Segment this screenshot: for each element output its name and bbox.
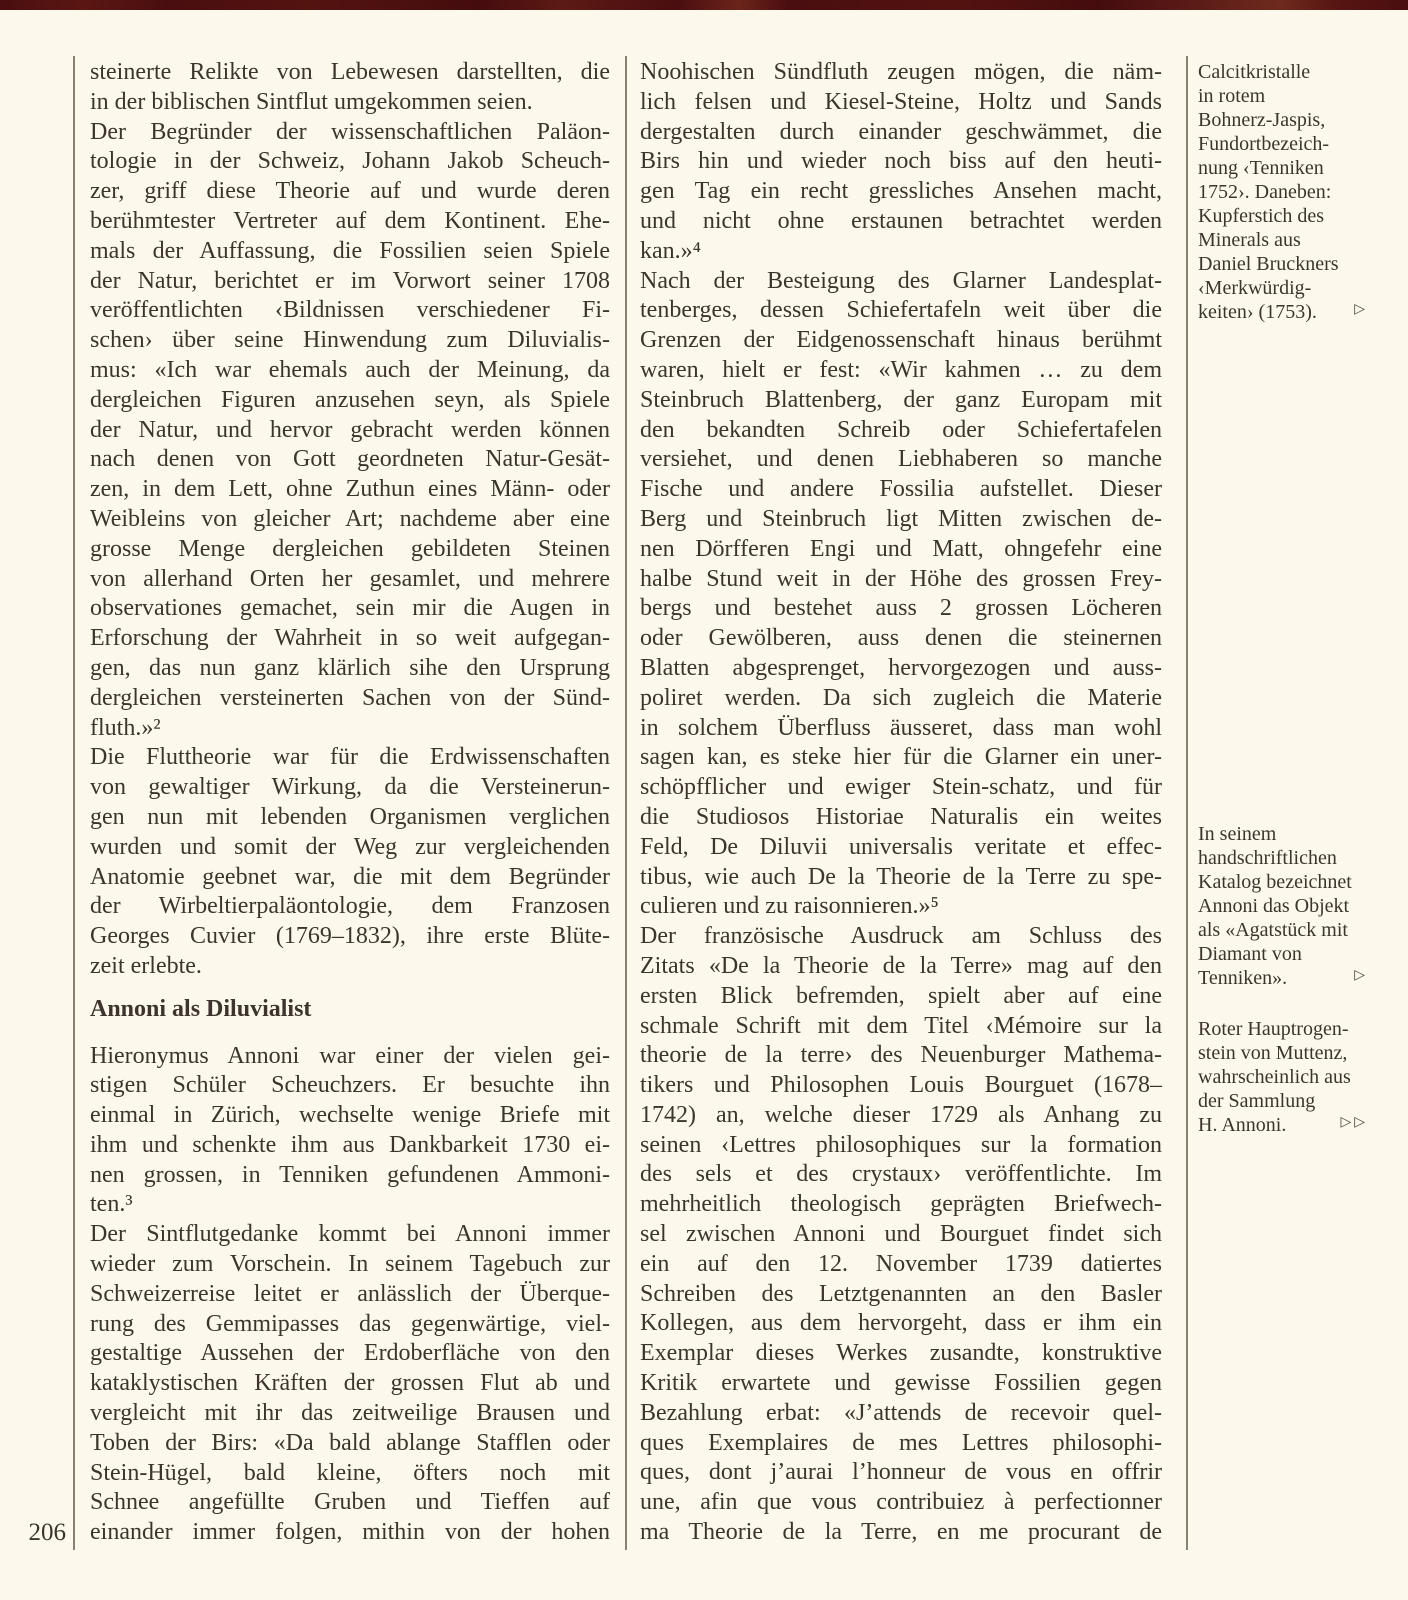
text-line: Kollegen, aus dem hervorgeht, dass er ih… — [640, 1309, 1162, 1339]
text-line: der Natur, berichtet er im Vorwort seine… — [90, 267, 610, 297]
paragraph: Die Fluttheorie war für die Erdwissensch… — [90, 743, 610, 981]
text-line: der Wirbeltierpaläontologie, dem Franzos… — [90, 892, 610, 922]
text-line: mals der Auffassung, die Fossilien seien… — [90, 237, 610, 267]
text-line: einander immer folgen, mithin von der ho… — [90, 1518, 610, 1548]
text-line: den bekandten Schreib oder Schiefertafel… — [640, 416, 1162, 446]
text-line: zer, griff diese Theorie auf und wurde d… — [90, 177, 610, 207]
margin-note-line: Roter Hauptrogen- — [1198, 1017, 1370, 1041]
paragraph: Der Begründer der wissenschaftlichen Pal… — [90, 118, 610, 744]
margin-notes: Calcitkristallein rotemBohnerz-Jaspis,Fu… — [1198, 58, 1370, 1550]
margin-note-line: in rotem — [1198, 84, 1370, 108]
text-line: dergestalten durch einander geschwämmet,… — [640, 118, 1162, 148]
text-line: Schnee angefüllte Gruben und Tieffen auf — [90, 1488, 610, 1518]
text-line: Die Fluttheorie war für die Erdwissensch… — [90, 743, 610, 773]
text-line: rung des Gemmipasses das gegenwärtige, v… — [90, 1310, 610, 1340]
text-line: une, afin que vous contribuiez à perfect… — [640, 1488, 1162, 1518]
text-line: Noohischen Sündfluth zeugen mögen, die n… — [640, 58, 1162, 88]
margin-note-line: als «Agatstück mit — [1198, 918, 1370, 942]
text-column-right: Noohischen Sündfluth zeugen mögen, die n… — [640, 58, 1162, 1548]
text-line: ten.³ — [90, 1190, 610, 1220]
text-line: 1742) an, welche dieser 1729 als Anhang … — [640, 1101, 1162, 1131]
margin-note-line: wahrscheinlich aus — [1198, 1065, 1370, 1089]
text-line: der Natur, und hervor gebracht werden kö… — [90, 416, 610, 446]
margin-note-line: Minerals aus — [1198, 228, 1370, 252]
margin-note-line: In seinem — [1198, 822, 1370, 846]
text-line: schen› über seine Hinwendung zum Diluvia… — [90, 326, 610, 356]
text-line: dergleichen Figuren anzusehen seyn, als … — [90, 386, 610, 416]
paragraph: Der französische Ausdruck am Schluss des… — [640, 922, 1162, 1548]
text-line: tikers und Philosophen Louis Bourguet (1… — [640, 1071, 1162, 1101]
text-line: gen nun mit lebenden Organismen verglich… — [90, 803, 610, 833]
text-line: observationes gemachet, sein mir die Aug… — [90, 594, 610, 624]
margin-note-line: Annoni das Objekt — [1198, 894, 1370, 918]
left-column-rule — [73, 56, 75, 1550]
text-line: nen Dörfferen Engi und Matt, ohngefehr e… — [640, 535, 1162, 565]
text-line: Zitats «De la Theorie de la Terre» mag a… — [640, 952, 1162, 982]
text-line: Schweizerreise leitet er anlässlich der … — [90, 1280, 610, 1310]
paragraph: Nach der Besteigung des Glarner Landespl… — [640, 267, 1162, 923]
margin-note-line: Diamant von — [1198, 942, 1370, 966]
text-line: Nach der Besteigung des Glarner Landespl… — [640, 267, 1162, 297]
text-line: gestaltige Aussehen der Erdoberfläche vo… — [90, 1339, 610, 1369]
text-line: nach denen von Gott geordneten Natur-Ges… — [90, 445, 610, 475]
text-line: von gewaltiger Wirkung, da die Versteine… — [90, 773, 610, 803]
text-line: gen, das nun ganz klärlich sihe den Ursp… — [90, 654, 610, 684]
margin-note-line: Bohnerz-Jaspis, — [1198, 108, 1370, 132]
text-line: Der Sintflutgedanke kommt bei Annoni imm… — [90, 1220, 610, 1250]
text-line: Feld, De Diluvii universalis veritate et… — [640, 833, 1162, 863]
text-line: lich felsen und Kiesel-Steine, Holtz und… — [640, 88, 1162, 118]
text-line: in der biblischen Sintflut umgekommen se… — [90, 88, 610, 118]
text-line: ersten Blick befremden, spielt aber auf … — [640, 982, 1162, 1012]
text-line: stigen Schüler Scheuchzers. Er besuchte … — [90, 1071, 610, 1101]
text-line: fluth.»² — [90, 714, 610, 744]
text-line: theorie de la terre› des Neuenburger Mat… — [640, 1041, 1162, 1071]
text-line: schmale Schrift mit dem Titel ‹Mémoire s… — [640, 1012, 1162, 1042]
margin-note-line: nung ‹Tenniken — [1198, 156, 1370, 180]
text-line: ein auf den 12. November 1739 datiertes — [640, 1250, 1162, 1280]
text-line: veröffentlichten ‹Bildnissen verschieden… — [90, 296, 610, 326]
text-line: Weibleins von gleicher Art; nachdeme abe… — [90, 505, 610, 535]
pointer-triangle-icon: ▷▷ — [1340, 1110, 1368, 1134]
text-line: wurden und somit der Weg zur vergleichen… — [90, 833, 610, 863]
margin-note-line: Calcitkristalle — [1198, 60, 1370, 84]
text-line: sagen kan, es steke hier für die Glarner… — [640, 743, 1162, 773]
margin-note-line: ‹Merkwürdig- — [1198, 276, 1370, 300]
text-line: seinen ‹Lettres philosophiques sur la fo… — [640, 1131, 1162, 1161]
margin-note-line: keiten› (1753). — [1198, 300, 1370, 324]
text-line: ques, dont j’aurai l’honneur de vous en … — [640, 1458, 1162, 1488]
text-line: zen, in dem Lett, ohne Zuthun eines Männ… — [90, 475, 610, 505]
text-line: sel zwischen Annoni und Bourguet findet … — [640, 1220, 1162, 1250]
pointer-triangle-icon: ▷ — [1354, 297, 1368, 321]
text-line: ihm und schenkte ihm aus Dankbarkeit 173… — [90, 1131, 610, 1161]
text-line: bergs und bestehet auss 2 grossen Löcher… — [640, 594, 1162, 624]
scan-edge-bar — [0, 0, 1408, 10]
text-line: Georges Cuvier (1769–1832), ihre erste B… — [90, 922, 610, 952]
center-column-rule — [625, 56, 627, 1550]
margin-note-line: Fundortbezeich- — [1198, 132, 1370, 156]
text-line: Hieronymus Annoni war einer der vielen g… — [90, 1042, 610, 1072]
text-line: grosse Menge dergleichen gebildeten Stei… — [90, 535, 610, 565]
text-line: gen Tag ein recht gressliches Ansehen ma… — [640, 177, 1162, 207]
text-line: tologie in der Schweiz, Johann Jakob Sch… — [90, 147, 610, 177]
text-line: Anatomie geebnet war, die mit dem Begrün… — [90, 863, 610, 893]
text-line: zeit erlebte. — [90, 952, 610, 982]
margin-note-line: handschriftlichen — [1198, 846, 1370, 870]
paragraph: Noohischen Sündfluth zeugen mögen, die n… — [640, 58, 1162, 267]
margin-column-rule — [1186, 56, 1188, 1550]
text-line: versiehet, und denen Liebhaberen so manc… — [640, 445, 1162, 475]
paragraph: steinerte Relikte von Lebewesen darstell… — [90, 58, 610, 118]
page-number: 206 — [8, 1518, 66, 1548]
text-line: die Studiosos Historiae Naturalis ein we… — [640, 803, 1162, 833]
text-line: kataklystischen Kräften der grossen Flut… — [90, 1369, 610, 1399]
text-line: mus: «Ich war ehemals auch der Meinung, … — [90, 356, 610, 386]
margin-note-line: Daniel Bruckners — [1198, 252, 1370, 276]
text-line: Steinbruch Blattenberg, der ganz Europam… — [640, 386, 1162, 416]
text-line: von allerhand Orten her gesamlet, und me… — [90, 565, 610, 595]
text-line: oder Gewölberen, auss denen die steinern… — [640, 624, 1162, 654]
text-line: und nicht ohne erstaunen betrachtet werd… — [640, 207, 1162, 237]
text-line: einmal in Zürich, wechselte wenige Brief… — [90, 1101, 610, 1131]
text-column-left: steinerte Relikte von Lebewesen darstell… — [90, 58, 610, 1548]
text-line: Der Begründer der wissenschaftlichen Pal… — [90, 118, 610, 148]
margin-note-line: Katalog bezeichnet — [1198, 870, 1370, 894]
text-line: Stein-Hügel, bald kleine, öfters noch mi… — [90, 1459, 610, 1489]
pointer-triangle-icon: ▷ — [1354, 963, 1368, 987]
text-line: Blatten abgesprenget, hervorgezogen und … — [640, 654, 1162, 684]
text-line: tibus, wie auch De la Theorie de la Terr… — [640, 863, 1162, 893]
text-line: Der französische Ausdruck am Schluss des — [640, 922, 1162, 952]
margin-note-line: Tenniken». — [1198, 966, 1370, 990]
text-line: ques Exemplaires de mes Lettres philosop… — [640, 1429, 1162, 1459]
text-line: tenberges, dessen Schiefertafeln weit üb… — [640, 296, 1162, 326]
text-line: Exemplar dieses Werkes zusandte, konstru… — [640, 1339, 1162, 1369]
text-line: kan.»⁴ — [640, 237, 1162, 267]
text-line: Fische und andere Fossilia aufstellet. D… — [640, 475, 1162, 505]
text-line: des sels et des crystaux› veröffentlicht… — [640, 1160, 1162, 1190]
text-line: in solchem Überfluss äusseret, dass man … — [640, 714, 1162, 744]
text-line: schöpfflicher und ewiger Stein-schatz, u… — [640, 773, 1162, 803]
text-line: nen grossen, in Tenniken gefundenen Ammo… — [90, 1161, 610, 1191]
margin-note-line: 1752›. Daneben: — [1198, 180, 1370, 204]
text-line: Kritik erwartete und gewisse Fossilien g… — [640, 1369, 1162, 1399]
text-line: waren, hielt er fest: «Wir kahmen … zu d… — [640, 356, 1162, 386]
paragraph: Der Sintflutgedanke kommt bei Annoni imm… — [90, 1220, 610, 1548]
margin-note-line: stein von Muttenz, — [1198, 1041, 1370, 1065]
text-line: Berg und Steinbruch ligt Mitten zwischen… — [640, 505, 1162, 535]
text-line: wieder zum Vorschein. In seinem Tagebuch… — [90, 1250, 610, 1280]
paragraph: Hieronymus Annoni war einer der vielen g… — [90, 1042, 610, 1221]
text-line: ma Theorie de la Terre, en me procurant … — [640, 1518, 1162, 1548]
text-line: Erforschung der Wahrheit in so weit aufg… — [90, 624, 610, 654]
margin-note-line: Kupferstich des — [1198, 204, 1370, 228]
text-line: poliret werden. Da sich zugleich die Mat… — [640, 684, 1162, 714]
text-line: dergleichen versteinerten Sachen von der… — [90, 684, 610, 714]
text-line: Birs hin und wieder noch biss auf den he… — [640, 147, 1162, 177]
section-heading: Annoni als Diluvialist — [90, 995, 610, 1025]
text-line: culieren und zu raisonnieren.»⁵ — [640, 892, 1162, 922]
text-line: Grenzen der Eidgenossenschaft hinaus ber… — [640, 326, 1162, 356]
text-line: halbe Stund weit in der Höhe des grossen… — [640, 565, 1162, 595]
text-line: Toben der Birs: «Da bald ablange Staffle… — [90, 1429, 610, 1459]
text-line: mehrheitlich theologisch geprägten Brief… — [640, 1190, 1162, 1220]
text-line: Schreiben des Letztgenannten an den Basl… — [640, 1280, 1162, 1310]
text-line: berühmtester Vertreter auf dem Kontinent… — [90, 207, 610, 237]
margin-note: Roter Hauptrogen-stein von Muttenz,wahrs… — [1198, 1017, 1370, 1137]
margin-note: Calcitkristallein rotemBohnerz-Jaspis,Fu… — [1198, 60, 1370, 324]
text-line: steinerte Relikte von Lebewesen darstell… — [90, 58, 610, 88]
text-line: Bezahlung erbat: «J’attends de recevoir … — [640, 1399, 1162, 1429]
text-line: vergleicht mit ihr das zeitweilige Braus… — [90, 1399, 610, 1429]
margin-note: In seinemhandschriftlichenKatalog bezeic… — [1198, 822, 1370, 990]
